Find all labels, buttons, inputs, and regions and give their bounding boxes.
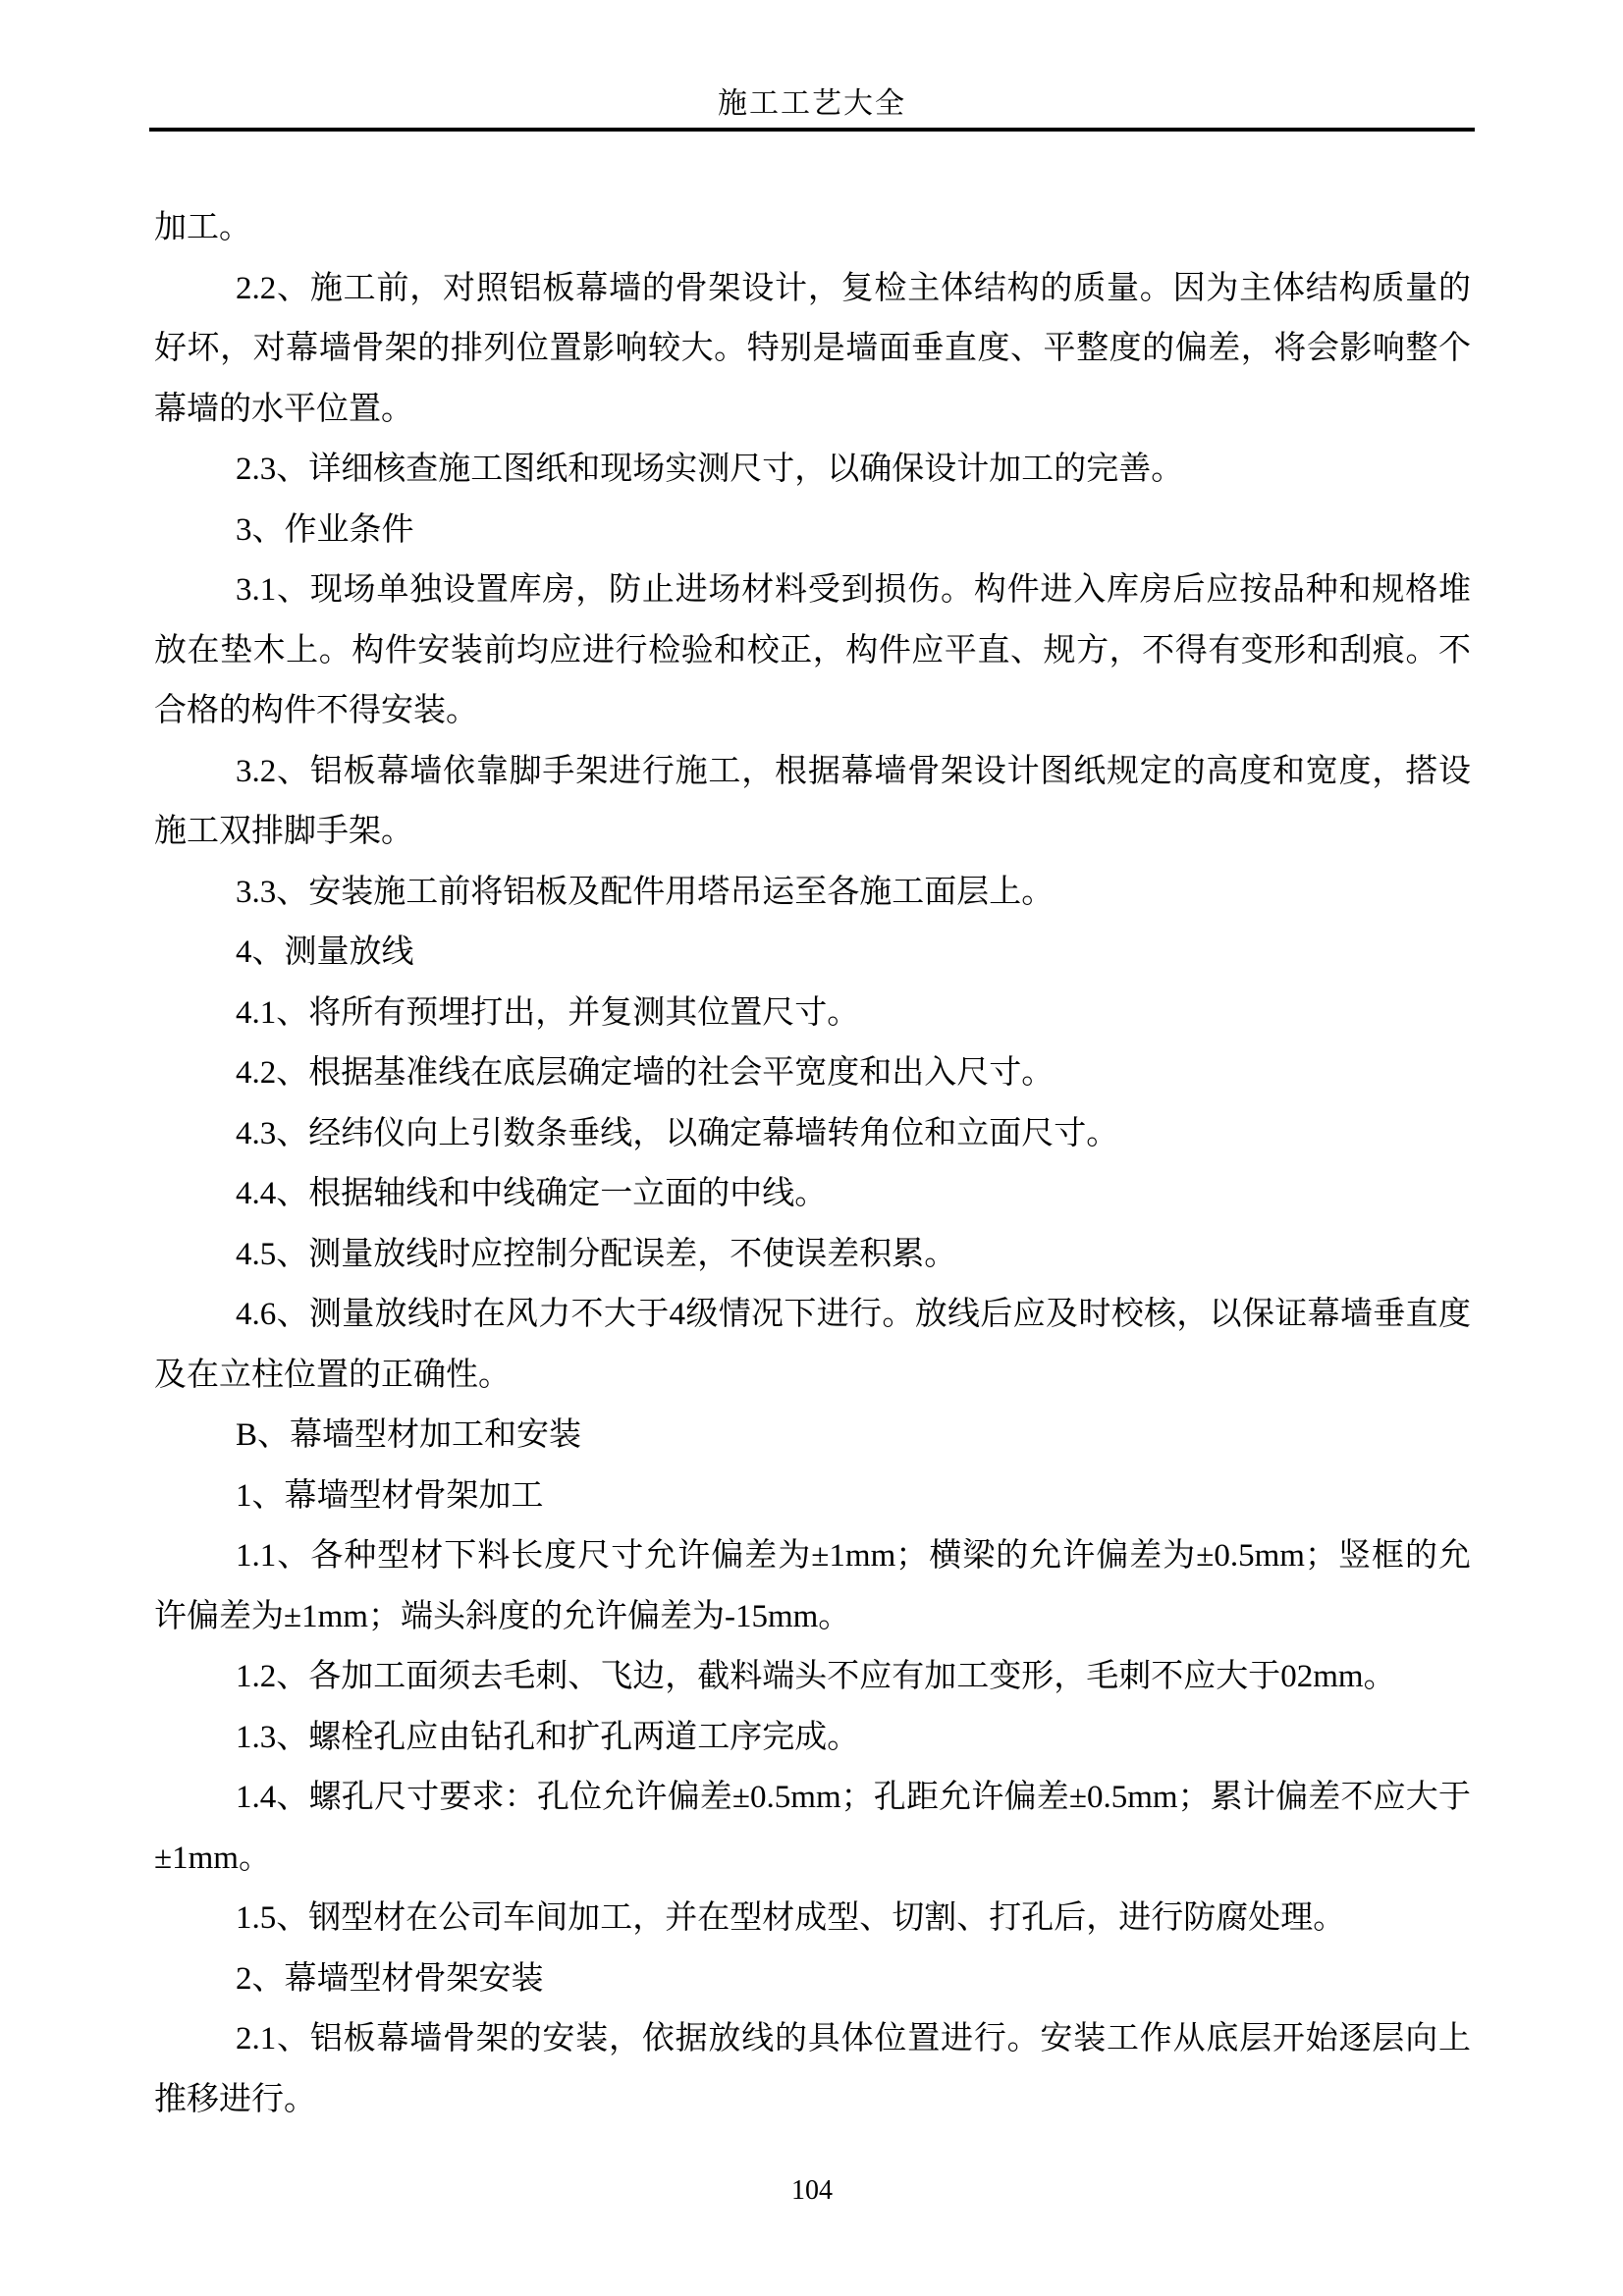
paragraph: 1.4、螺孔尺寸要求：孔位允许偏差±0.5mm；孔距允许偏差±0.5mm；累计偏… xyxy=(154,1768,1471,1889)
document-page: 施工工艺大全 加工。2.2、施工前，对照铝板幕墙的骨架设计，复检主体结构的质量。… xyxy=(0,0,1623,2296)
paragraph: 3.3、安装施工前将铝板及配件用塔吊运至各施工面层上。 xyxy=(154,863,1471,924)
paragraph: 1.1、各种型材下料长度尺寸允许偏差为±1mm；横梁的允许偏差为±0.5mm；竖… xyxy=(154,1526,1471,1647)
paragraph: 1.2、各加工面须去毛刺、飞边，截料端头不应有加工变形，毛刺不应大于02mm。 xyxy=(154,1647,1471,1708)
page-number: 104 xyxy=(149,2171,1475,2211)
paragraph: 2.2、施工前，对照铝板幕墙的骨架设计，复检主体结构的质量。因为主体结构质量的好… xyxy=(154,259,1471,441)
paragraph: 4.1、将所有预埋打出，并复测其位置尺寸。 xyxy=(154,984,1471,1044)
paragraph: 3.1、现场单独设置库房，防止进场材料受到损伤。构件进入库房后应按品种和规格堆放… xyxy=(154,561,1471,742)
paragraph: 2.1、铝板幕墙骨架的安装，依据放线的具体位置进行。安装工作从底层开始逐层向上推… xyxy=(154,2009,1471,2130)
paragraph: 3.2、铝板幕墙依靠脚手架进行施工，根据幕墙骨架设计图纸规定的高度和宽度，搭设施… xyxy=(154,742,1471,863)
paragraph: 4.5、测量放线时应控制分配误差，不使误差积累。 xyxy=(154,1225,1471,1286)
paragraph: 4.2、根据基准线在底层确定墙的社会平宽度和出入尺寸。 xyxy=(154,1043,1471,1104)
header-divider xyxy=(149,128,1475,132)
paragraph: 4.3、经纬仪向上引数条垂线，以确定幕墙转角位和立面尺寸。 xyxy=(154,1104,1471,1165)
paragraph: 3、作业条件 xyxy=(154,501,1471,561)
paragraph: 1.3、螺栓孔应由钻孔和扩孔两道工序完成。 xyxy=(154,1708,1471,1769)
paragraph: 4、测量放线 xyxy=(154,923,1471,984)
paragraph: 2、幕墙型材骨架安装 xyxy=(154,1949,1471,2010)
document-body: 加工。2.2、施工前，对照铝板幕墙的骨架设计，复检主体结构的质量。因为主体结构质… xyxy=(154,198,1471,2130)
paragraph: 1、幕墙型材骨架加工 xyxy=(154,1467,1471,1527)
paragraph: 加工。 xyxy=(154,198,1471,259)
paragraph: 4.6、测量放线时在风力不大于4级情况下进行。放线后应及时校核，以保证幕墙垂直度… xyxy=(154,1285,1471,1406)
paragraph: 4.4、根据轴线和中线确定一立面的中线。 xyxy=(154,1164,1471,1225)
paragraph: 1.5、钢型材在公司车间加工，并在型材成型、切割、打孔后，进行防腐处理。 xyxy=(154,1889,1471,1949)
paragraph: 2.3、详细核查施工图纸和现场实测尺寸，以确保设计加工的完善。 xyxy=(154,440,1471,501)
page-header-title: 施工工艺大全 xyxy=(149,84,1475,124)
paragraph: B、幕墙型材加工和安装 xyxy=(154,1406,1471,1467)
